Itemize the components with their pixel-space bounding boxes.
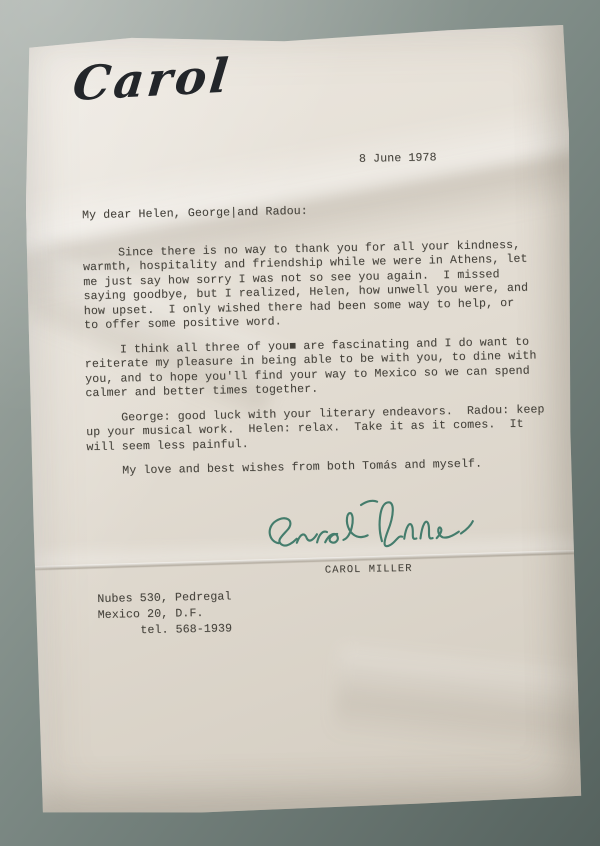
photo-background: Carol 8 June 1978 My dear Helen, George|… — [0, 0, 600, 846]
paragraph-closing: My love and best wishes from both Tomás … — [87, 456, 555, 479]
paragraph-thanks: Since there is no way to thank you for a… — [83, 238, 553, 334]
letter-body: My dear Helen, George|and Radou: Since t… — [82, 200, 555, 489]
paper-crease-bottom — [332, 646, 583, 775]
salutation-line: My dear Helen, George|and Radou: — [82, 200, 550, 223]
letterhead-script: Carol — [70, 49, 233, 113]
letter-paper: Carol 8 June 1978 My dear Helen, George|… — [23, 25, 583, 817]
handwritten-signature-ink — [261, 495, 480, 565]
sender-address: Nubes 530, Pedregal Mexico 20, D.F. tel.… — [97, 589, 232, 640]
paragraph-wishes-individual: George: good luck with your literary end… — [86, 403, 555, 455]
signature-block — [261, 494, 492, 564]
date-line: 8 June 1978 — [359, 151, 437, 167]
typed-signature-name: CAROL MILLER — [325, 562, 413, 578]
paragraph-fascinating: I think all three of you■ are fascinatin… — [84, 335, 553, 402]
